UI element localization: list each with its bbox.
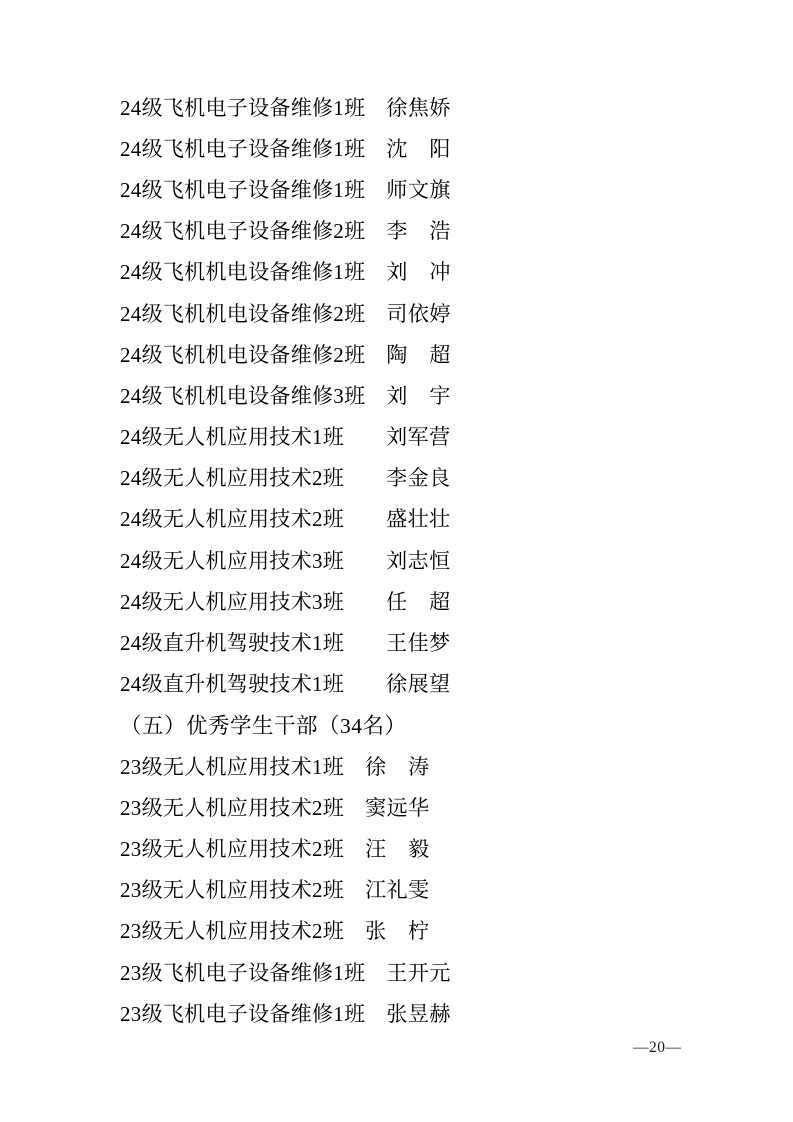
column-gap bbox=[344, 792, 365, 822]
student-name: 徐焦娇 bbox=[386, 92, 451, 122]
column-gap bbox=[344, 627, 386, 657]
roster-row: 24级直升机驾驶技术1班 王佳梦 bbox=[120, 621, 733, 662]
student-name: 汪 毅 bbox=[365, 833, 430, 863]
column-gap bbox=[365, 215, 386, 245]
class-name-label: 23级飞机电子设备维修1班 bbox=[120, 957, 365, 987]
class-name-label: 23级无人机应用技术1班 bbox=[120, 751, 344, 781]
column-gap bbox=[344, 915, 365, 945]
roster-row: 24级无人机应用技术1班 刘军营 bbox=[120, 416, 733, 457]
student-name: 李金良 bbox=[386, 462, 451, 492]
roster-row: 23级飞机电子设备维修1班 王开元 bbox=[120, 951, 733, 992]
roster-row: 24级无人机应用技术3班 刘志恒 bbox=[120, 539, 733, 580]
student-name: 刘志恒 bbox=[386, 545, 451, 575]
student-name: 张昱赫 bbox=[386, 998, 451, 1028]
student-name: 徐展望 bbox=[386, 668, 451, 698]
roster-row: 24级飞机机电设备维修3班 刘 宇 bbox=[120, 374, 733, 415]
student-name: 徐 涛 bbox=[365, 751, 430, 781]
roster-row: 24级飞机电子设备维修1班 师文旗 bbox=[120, 168, 733, 209]
class-name-label: 24级飞机机电设备维修2班 bbox=[120, 339, 365, 369]
column-gap bbox=[344, 545, 386, 575]
roster-row: 24级无人机应用技术3班 任 超 bbox=[120, 580, 733, 621]
column-gap bbox=[344, 462, 386, 492]
column-gap bbox=[344, 874, 365, 904]
document-page: 24级飞机电子设备维修1班 徐焦娇 24级飞机电子设备维修1班 沈 阳 24级飞… bbox=[0, 0, 793, 1122]
student-name: 刘 冲 bbox=[386, 256, 451, 286]
column-gap bbox=[365, 174, 386, 204]
column-gap bbox=[365, 133, 386, 163]
column-gap bbox=[365, 256, 386, 286]
student-name: 沈 阳 bbox=[386, 133, 451, 163]
student-name: 司依婷 bbox=[386, 298, 451, 328]
roster-row: 24级无人机应用技术2班 盛壮壮 bbox=[120, 498, 733, 539]
roster-row: 24级飞机机电设备维修1班 刘 冲 bbox=[120, 251, 733, 292]
column-gap bbox=[344, 503, 386, 533]
roster-row: 24级飞机电子设备维修1班 徐焦娇 bbox=[120, 86, 733, 127]
class-name-label: 24级无人机应用技术3班 bbox=[120, 586, 344, 616]
column-gap bbox=[344, 751, 365, 781]
roster-row: 23级无人机应用技术2班 江礼雯 bbox=[120, 869, 733, 910]
class-name-label: 23级无人机应用技术2班 bbox=[120, 833, 344, 863]
roster-list: 24级飞机电子设备维修1班 徐焦娇 24级飞机电子设备维修1班 沈 阳 24级飞… bbox=[120, 86, 733, 1033]
class-name-label: 24级飞机电子设备维修1班 bbox=[120, 133, 365, 163]
roster-row: 24级飞机电子设备维修2班 李 浩 bbox=[120, 210, 733, 251]
class-name-label: 24级飞机机电设备维修2班 bbox=[120, 298, 365, 328]
student-name: 王佳梦 bbox=[386, 627, 451, 657]
roster-row: 24级飞机电子设备维修1班 沈 阳 bbox=[120, 127, 733, 168]
roster-row: 23级无人机应用技术2班 窦远华 bbox=[120, 786, 733, 827]
roster-row: 24级直升机驾驶技术1班 徐展望 bbox=[120, 663, 733, 704]
class-name-label: 23级无人机应用技术2班 bbox=[120, 915, 344, 945]
roster-row: 24级无人机应用技术2班 李金良 bbox=[120, 457, 733, 498]
class-name-label: 24级直升机驾驶技术1班 bbox=[120, 668, 344, 698]
column-gap bbox=[365, 957, 386, 987]
class-name-label: 23级无人机应用技术2班 bbox=[120, 792, 344, 822]
roster-row: 23级无人机应用技术1班 徐 涛 bbox=[120, 745, 733, 786]
class-name-label: 23级无人机应用技术2班 bbox=[120, 874, 344, 904]
class-name-label: 24级飞机机电设备维修3班 bbox=[120, 380, 365, 410]
class-name-label: 24级飞机机电设备维修1班 bbox=[120, 256, 365, 286]
column-gap bbox=[365, 92, 386, 122]
class-name-label: 24级无人机应用技术1班 bbox=[120, 421, 344, 451]
student-name: 刘军营 bbox=[386, 421, 451, 451]
column-gap bbox=[365, 298, 386, 328]
column-gap bbox=[365, 998, 386, 1028]
roster-row: 24级飞机机电设备维修2班 司依婷 bbox=[120, 292, 733, 333]
class-name-label: 24级无人机应用技术2班 bbox=[120, 462, 344, 492]
student-name: 江礼雯 bbox=[365, 874, 430, 904]
column-gap bbox=[365, 380, 386, 410]
column-gap bbox=[344, 668, 386, 698]
class-name-label: 24级直升机驾驶技术1班 bbox=[120, 627, 344, 657]
roster-row: 24级飞机机电设备维修2班 陶 超 bbox=[120, 333, 733, 374]
section-heading: （五）优秀学生干部（34名） bbox=[120, 709, 407, 740]
page-number: —20— bbox=[633, 1039, 682, 1057]
student-name: 窦远华 bbox=[365, 792, 430, 822]
class-name-label: 24级无人机应用技术3班 bbox=[120, 545, 344, 575]
class-name-label: 24级无人机应用技术2班 bbox=[120, 503, 344, 533]
column-gap bbox=[344, 586, 386, 616]
student-name: 王开元 bbox=[386, 957, 451, 987]
student-name: 盛壮壮 bbox=[386, 503, 451, 533]
student-name: 陶 超 bbox=[386, 339, 451, 369]
class-name-label: 24级飞机电子设备维修1班 bbox=[120, 92, 365, 122]
student-name: 李 浩 bbox=[386, 215, 451, 245]
roster-row: （五）优秀学生干部（34名） bbox=[120, 704, 733, 745]
roster-row: 23级飞机电子设备维修1班 张昱赫 bbox=[120, 992, 733, 1033]
roster-row: 23级无人机应用技术2班 张 柠 bbox=[120, 910, 733, 951]
student-name: 任 超 bbox=[386, 586, 451, 616]
column-gap bbox=[344, 833, 365, 863]
class-name-label: 24级飞机电子设备维修2班 bbox=[120, 215, 365, 245]
student-name: 师文旗 bbox=[386, 174, 451, 204]
column-gap bbox=[344, 421, 386, 451]
student-name: 刘 宇 bbox=[386, 380, 451, 410]
column-gap bbox=[365, 339, 386, 369]
class-name-label: 23级飞机电子设备维修1班 bbox=[120, 998, 365, 1028]
class-name-label: 24级飞机电子设备维修1班 bbox=[120, 174, 365, 204]
roster-row: 23级无人机应用技术2班 汪 毅 bbox=[120, 827, 733, 868]
student-name: 张 柠 bbox=[365, 915, 430, 945]
